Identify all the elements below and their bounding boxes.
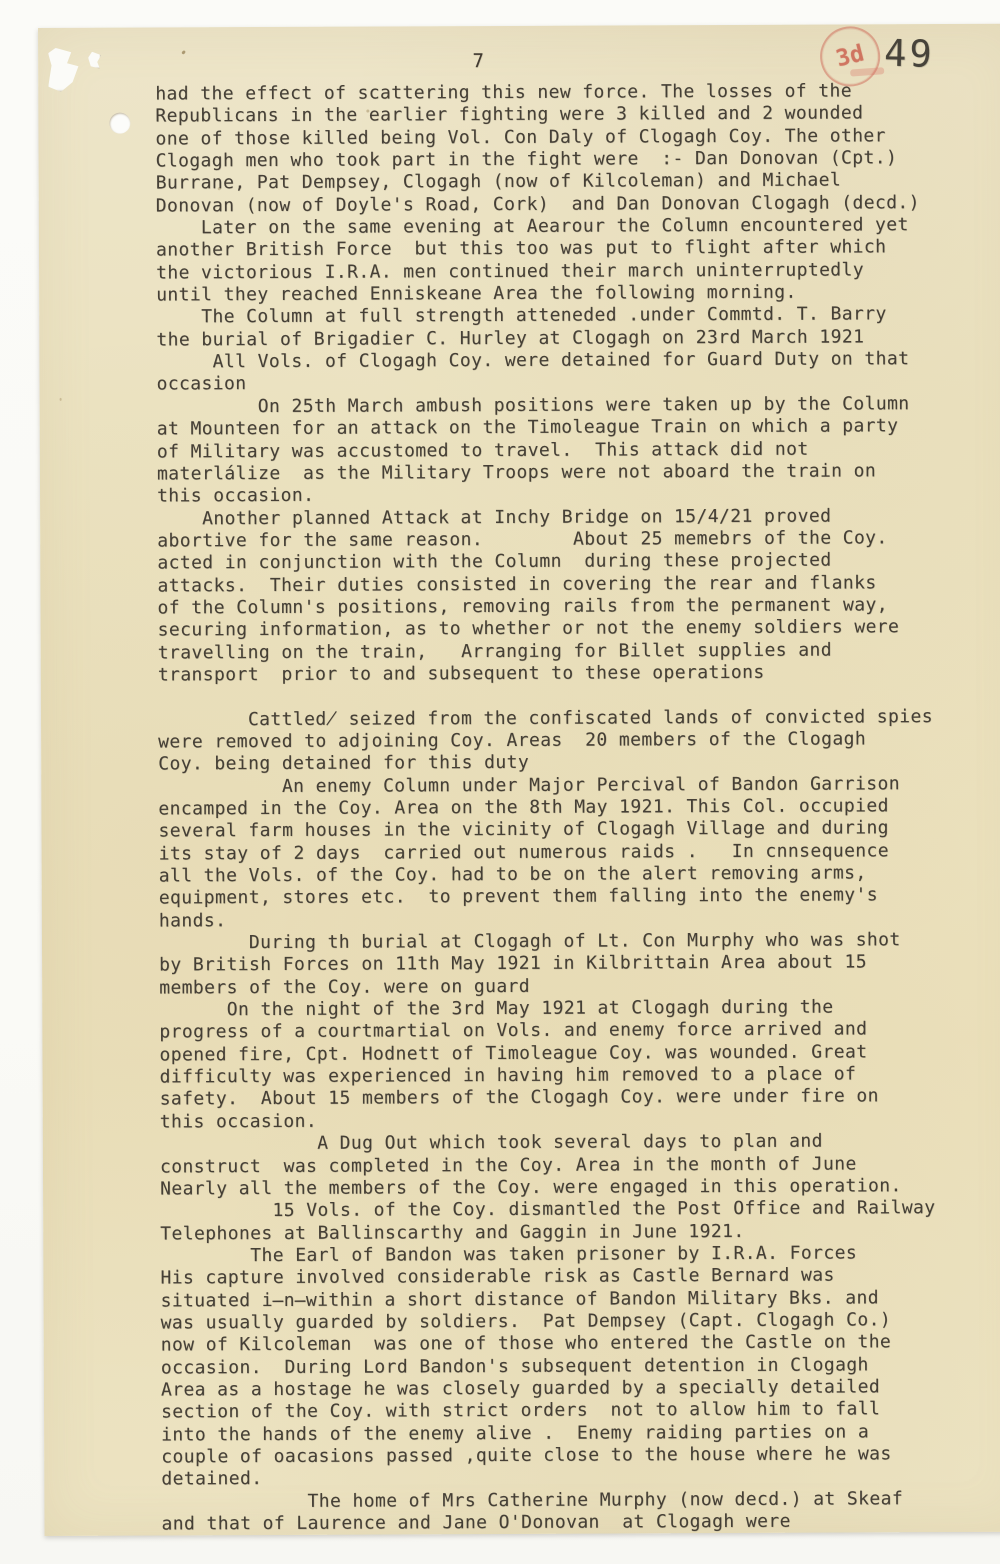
text-line: safety. About 15 members of the Clogagh … (160, 1085, 1000, 1111)
text-line: Cattled̸ seized from the confiscated lan… (158, 705, 998, 731)
text-line: section of the Coy. with strict orders n… (161, 1398, 1000, 1424)
paper-speck (181, 50, 186, 55)
text-line: During th burial at Clogagh of Lt. Con M… (159, 929, 999, 955)
text-line: abortive for the same reason. About 25 m… (157, 527, 997, 553)
folio-number-stamp: 49 (884, 32, 935, 76)
text-line: another British Force but this too was p… (156, 236, 996, 262)
red-stamp-text: 3d (833, 40, 866, 72)
typewritten-text: had the effect of scattering this new fo… (155, 80, 1000, 1536)
text-line: several farm houses in the vicinity of C… (158, 817, 998, 843)
text-line: and that of Laurence and Jane O'Donovan … (161, 1510, 1000, 1536)
text-line: The home of Mrs Catherine Murphy (now de… (161, 1487, 1000, 1513)
page-number: 7 (463, 50, 493, 72)
text-line: securing information, as to whether or n… (158, 616, 998, 642)
text-line: 15 Vols. of the Coy. dismantled the Post… (160, 1197, 1000, 1223)
text-line: now of Kilcoleman was one of those who e… (161, 1331, 1000, 1357)
paper-speck (60, 398, 62, 401)
text-line: equipment, stores etc. to prevent them f… (159, 884, 999, 910)
torn-corner (48, 48, 90, 92)
text-line: at Mounteen for an attack on the Timolea… (157, 415, 997, 441)
text-line: The Column at full strength atteneded .u… (156, 303, 996, 329)
red-ink-smudge (850, 67, 884, 77)
text-line: materlálize as the Military Troops were … (157, 460, 997, 486)
document-paper: 7 3d 49 had the effect of scattering thi… (38, 24, 1000, 1536)
text-line: Clogagh men who took part in the fight w… (156, 147, 996, 173)
text-line: its stay of 2 days carried out numerous … (159, 840, 999, 866)
text-line: couple of oacasions passed ,quite close … (161, 1443, 1000, 1469)
text-line: All Vols. of Clogagh Coy. were detained … (156, 348, 996, 374)
paper-tear-slit (88, 52, 101, 69)
punch-hole (109, 113, 130, 134)
